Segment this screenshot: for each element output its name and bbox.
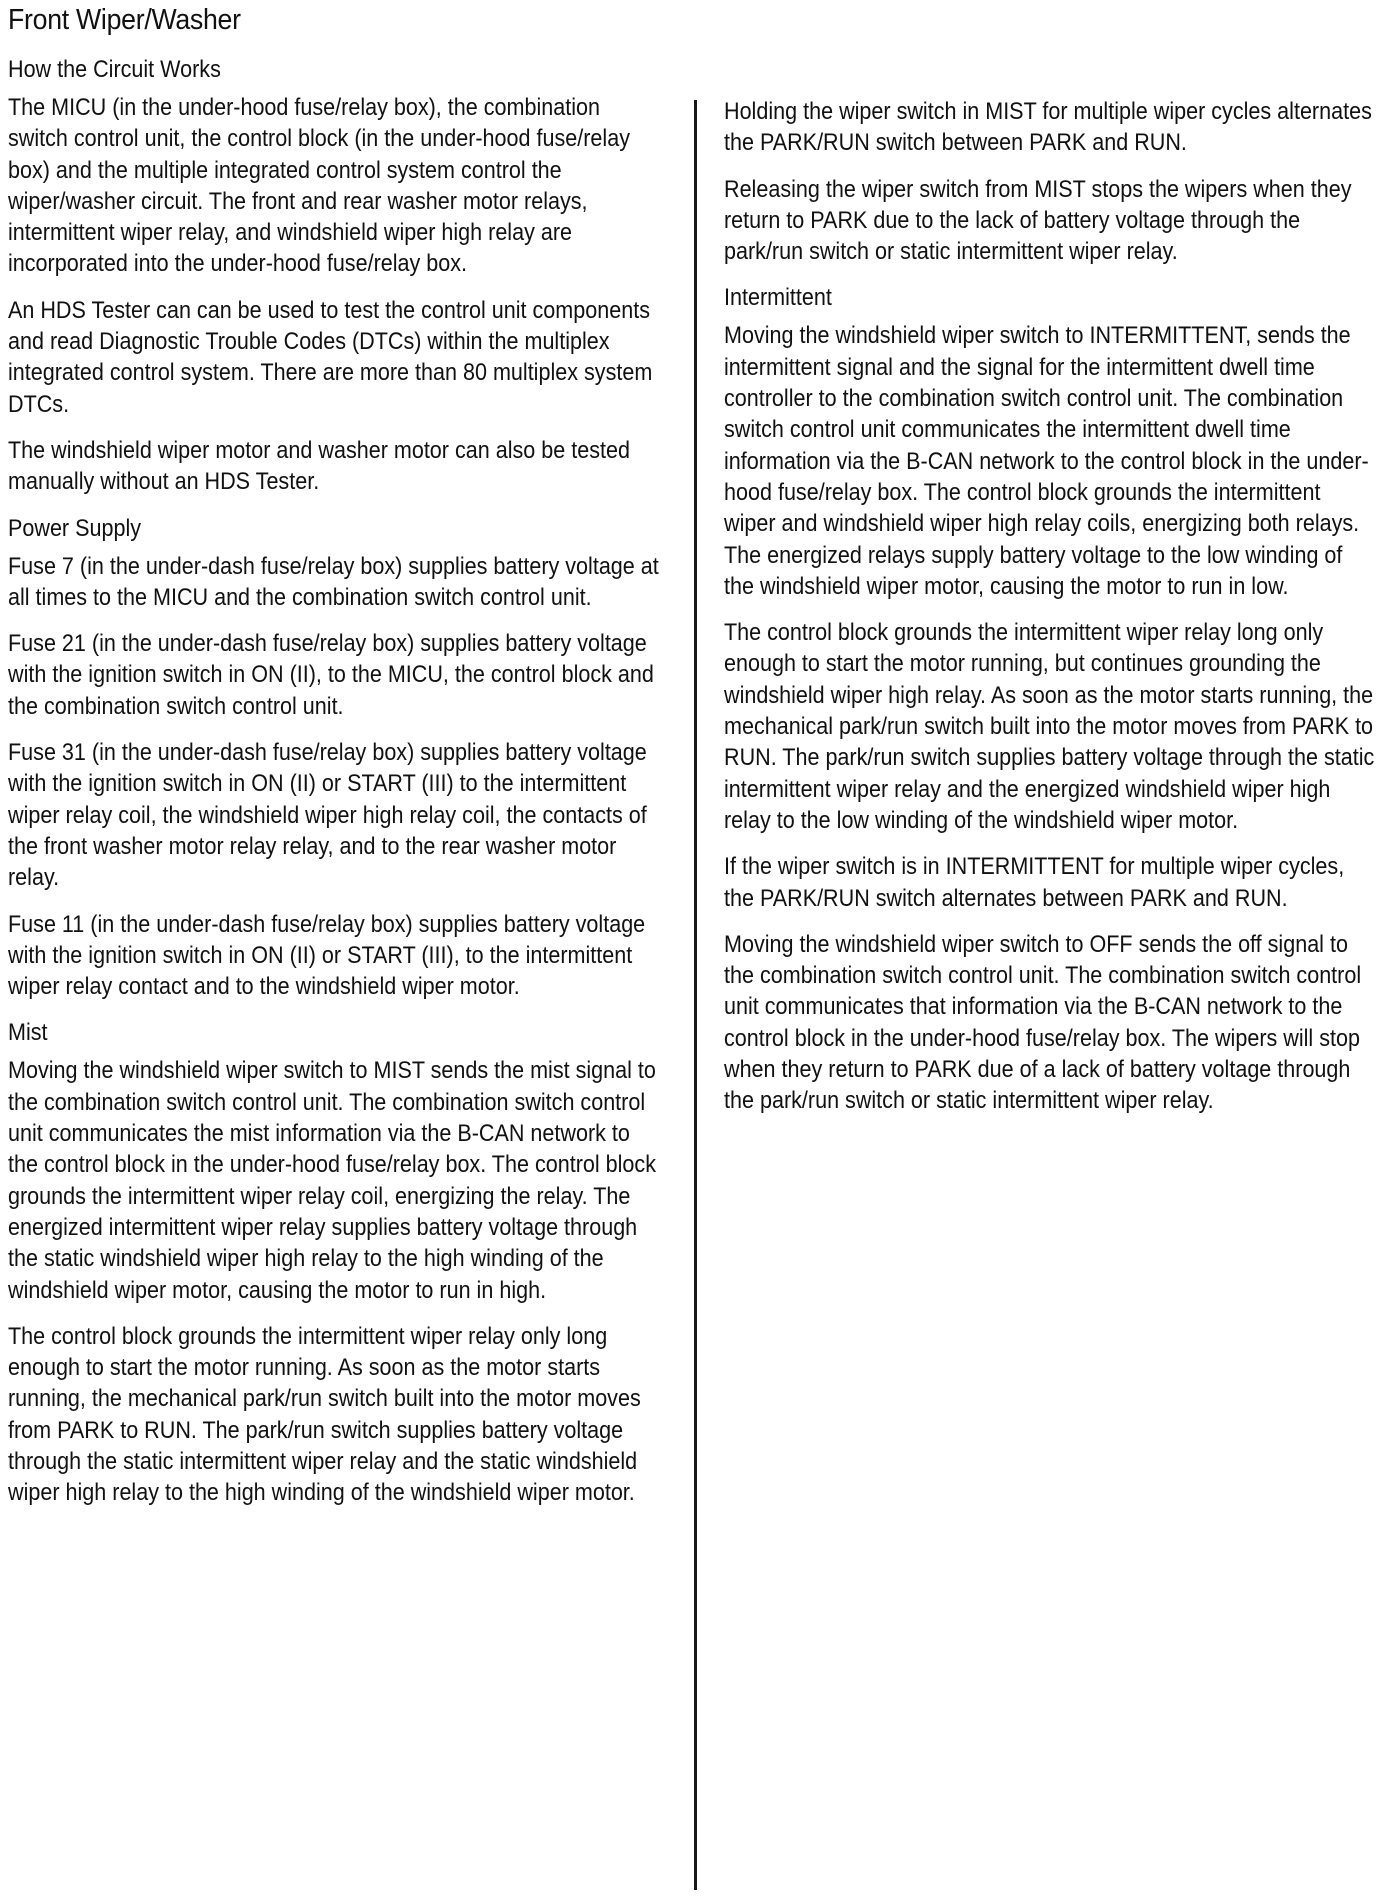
- column-divider: [694, 100, 697, 1890]
- paragraph-intermittent-park-run: The control block grounds the intermitte…: [724, 617, 1375, 836]
- paragraph-fuse-31: Fuse 31 (in the under-dash fuse/relay bo…: [8, 737, 659, 893]
- paragraph-fuse-21: Fuse 21 (in the under-dash fuse/relay bo…: [8, 628, 659, 722]
- paragraph-mist-hold: Holding the wiper switch in MIST for mul…: [724, 96, 1375, 159]
- section-heading-how-circuit-works: How the Circuit Works: [8, 54, 659, 85]
- paragraph-micu-overview: The MICU (in the under-hood fuse/relay b…: [8, 92, 659, 280]
- paragraph-hds-tester: An HDS Tester can can be used to test th…: [8, 295, 659, 420]
- paragraph-intermittent-operation: Moving the windshield wiper switch to IN…: [724, 320, 1375, 602]
- paragraph-fuse-7: Fuse 7 (in the under-dash fuse/relay box…: [8, 551, 659, 614]
- left-column: How the Circuit Works The MICU (in the u…: [8, 54, 659, 1524]
- section-heading-mist: Mist: [8, 1017, 659, 1048]
- section-heading-power-supply: Power Supply: [8, 513, 659, 544]
- paragraph-mist-operation: Moving the windshield wiper switch to MI…: [8, 1055, 659, 1305]
- paragraph-off-operation: Moving the windshield wiper switch to OF…: [724, 929, 1375, 1117]
- paragraph-manual-test: The windshield wiper motor and washer mo…: [8, 435, 659, 498]
- right-column: Holding the wiper switch in MIST for mul…: [724, 96, 1375, 1132]
- paragraph-intermittent-multiple-cycles: If the wiper switch is in INTERMITTENT f…: [724, 851, 1375, 914]
- page-title: Front Wiper/Washer: [8, 2, 241, 38]
- section-heading-intermittent: Intermittent: [724, 282, 1375, 313]
- paragraph-fuse-11: Fuse 11 (in the under-dash fuse/relay bo…: [8, 909, 659, 1003]
- paragraph-mist-release: Releasing the wiper switch from MIST sto…: [724, 174, 1375, 268]
- paragraph-mist-park-run: The control block grounds the intermitte…: [8, 1321, 659, 1509]
